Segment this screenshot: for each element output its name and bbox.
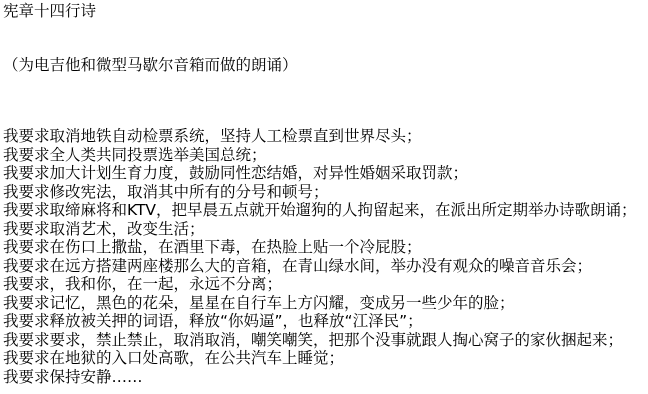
poem-line: 我要求修改宪法，取消其中所有的分号和顿号； [3, 183, 648, 202]
poem-line: 我要求在伤口上撒盐，在酒里下毒，在热脸上贴一个冷屁股； [3, 238, 648, 257]
poem-line: 我要求在地狱的入口处高歌，在公共汽车上睡觉； [3, 349, 648, 368]
poem-line: 我要求取消地铁自动检票系统，坚持人工检票直到世界尽头； [3, 127, 648, 146]
poem-line: 我要求记忆，黑色的花朵，星星在自行车上方闪耀，变成另一些少年的脸； [3, 294, 648, 313]
poem-line: 我要求，我和你，在一起，永远不分离； [3, 275, 648, 294]
document-page: 宪章十四行诗 （为电吉他和微型马歇尔音箱而做的朗诵） 我要求取消地铁自动检票系统… [0, 0, 648, 394]
poem-line: 我要求要求，禁止禁止，取消取消，嘲笑嘲笑，把那个没事就跟人掏心窝子的家伙捆起来； [3, 331, 648, 350]
poem-line: 我要求保持安静…… [3, 368, 648, 387]
poem-line: 我要求全人类共同投票选举美国总统； [3, 146, 648, 165]
poem-line: 我要求在远方搭建两座楼那么大的音箱，在青山绿水间，举办没有观众的噪音音乐会； [3, 257, 648, 276]
poem-line: 我要求释放被关押的词语，释放“你妈逼”，也释放“江泽民”； [3, 312, 648, 331]
poem-subtitle: （为电吉他和微型马歇尔音箱而做的朗诵） [3, 56, 298, 74]
poem-title: 宪章十四行诗 [3, 2, 96, 20]
poem-line: 我要求加大计划生育力度，鼓励同性恋结婚，对异性婚姻采取罚款； [3, 164, 648, 183]
poem-line: 我要求取缔麻将和KTV，把早晨五点就开始遛狗的人拘留起来，在派出所定期举办诗歌朗… [3, 201, 648, 220]
poem-body: 我要求取消地铁自动检票系统，坚持人工检票直到世界尽头； 我要求全人类共同投票选举… [3, 127, 648, 386]
poem-line: 我要求取消艺术，改变生活； [3, 220, 648, 239]
